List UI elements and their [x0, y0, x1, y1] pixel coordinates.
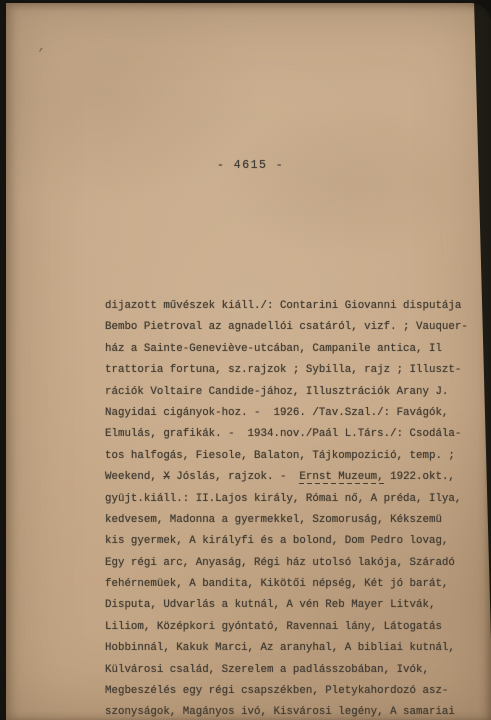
- typewritten-line: Liliom, Középkori gyóntató, Ravennai lán…: [105, 617, 487, 638]
- text-segment: dijazott művészek kiáll./: Contarini Gio…: [105, 300, 461, 312]
- text-segment: Weekend,: [105, 471, 163, 483]
- typewritten-line: Egy régi arc, Anyaság, Régi ház utolsó l…: [105, 553, 487, 574]
- typewritten-line: gyüjt.kiáll.: II.Lajos király, Római nő,…: [105, 489, 487, 510]
- corner-pen-mark: ’: [35, 46, 46, 63]
- text-segment: szonyságok, Magányos ivó, Kisvárosi legé…: [105, 706, 455, 718]
- typewritten-line: fehérnemüek, A bandita, Kikötői népség, …: [105, 574, 487, 595]
- typewritten-line: Nagyidai cigányok-hoz. - 1926. /Tav.Szal…: [105, 403, 487, 424]
- dashed-underlined-text: Ernst Muzeum,: [299, 471, 383, 484]
- typewritten-line: szonyságok, Magányos ivó, Kisvárosi legé…: [105, 702, 487, 720]
- text-segment: trattoria fortuna, sz.rajzok ; Sybilla, …: [105, 364, 461, 376]
- text-segment: Egy régi arc, Anyaság, Régi ház utolsó l…: [105, 557, 455, 569]
- text-segment: ház a Sainte-Geneviève-utcában, Campanil…: [105, 343, 442, 355]
- typewritten-line: dijazott művészek kiáll./: Contarini Gio…: [105, 296, 487, 317]
- text-segment: Disputa, Udvarlás a kutnál, A vén Reb Ma…: [105, 599, 435, 611]
- typewritten-line: Hobbinnál, Kakuk Marci, Az aranyhal, A b…: [105, 638, 487, 659]
- text-segment: rációk Voltaire Candide-jához, Illusztrá…: [105, 386, 448, 398]
- text-segment: tos halfogás, Fiesole, Balaton, Tájkompo…: [105, 450, 455, 462]
- typewritten-line: ház a Sainte-Geneviève-utcában, Campanil…: [105, 339, 487, 360]
- typewritten-line: rációk Voltaire Candide-jához, Illusztrá…: [105, 382, 487, 403]
- page-number: - 4615 -: [217, 159, 284, 172]
- typewritten-line: Bembo Pietroval az agnadellói csatáról, …: [105, 317, 487, 338]
- text-segment: Külvárosi család, Szerelem a padlásszobá…: [105, 664, 429, 676]
- text-segment: kis gyermek, A királyfi és a bolond, Dom…: [105, 535, 448, 547]
- typewritten-line: kis gyermek, A királyfi és a bolond, Dom…: [105, 531, 487, 552]
- text-segment: gyüjt.kiáll.: II.Lajos király, Római nő,…: [105, 493, 461, 505]
- typewritten-line: trattoria fortuna, sz.rajzok ; Sybilla, …: [105, 360, 487, 381]
- typewritten-line: Disputa, Udvarlás a kutnál, A vén Reb Ma…: [105, 595, 487, 616]
- typewritten-line: Megbeszélés egy régi csapszékben, Pletyk…: [105, 681, 487, 702]
- scan-background: ’ - 4615 - dijazott művészek kiáll./: Co…: [0, 0, 491, 720]
- text-segment: Bembo Pietroval az agnadellói csatáról, …: [105, 321, 468, 333]
- typewritten-text-block: dijazott művészek kiáll./: Contarini Gio…: [105, 296, 487, 720]
- text-segment: Megbeszélés egy régi csapszékben, Pletyk…: [105, 685, 448, 697]
- text-segment: Elmulás, grafikák. - 1934.nov./Paál L.Tá…: [105, 428, 461, 440]
- document-page: ’ - 4615 - dijazott művészek kiáll./: Co…: [6, 3, 491, 720]
- text-segment: Hobbinnál, Kakuk Marci, Az aranyhal, A b…: [105, 642, 455, 654]
- typewritten-line: Elmulás, grafikák. - 1934.nov./Paál L.Tá…: [105, 424, 487, 445]
- typewritten-line: tos halfogás, Fiesole, Balaton, Tájkompo…: [105, 446, 487, 467]
- text-segment: fehérnemüek, A bandita, Kikötői népség, …: [105, 578, 448, 590]
- text-segment: kedvesem, Madonna a gyermekkel, Szomorus…: [105, 514, 442, 526]
- text-segment: Liliom, Középkori gyóntató, Ravennai lán…: [105, 621, 442, 633]
- typewritten-line: Weekend, X Jóslás, rajzok. - Ernst Muzeu…: [105, 467, 487, 488]
- text-segment: 1922.okt.,: [384, 471, 455, 483]
- typewritten-line: kedvesem, Madonna a gyermekkel, Szomorus…: [105, 510, 487, 531]
- text-segment: Nagyidai cigányok-hoz. - 1926. /Tav.Szal…: [105, 407, 448, 419]
- typewritten-line: Külvárosi család, Szerelem a padlásszobá…: [105, 660, 487, 681]
- text-segment: Jóslás, rajzok. -: [170, 471, 300, 483]
